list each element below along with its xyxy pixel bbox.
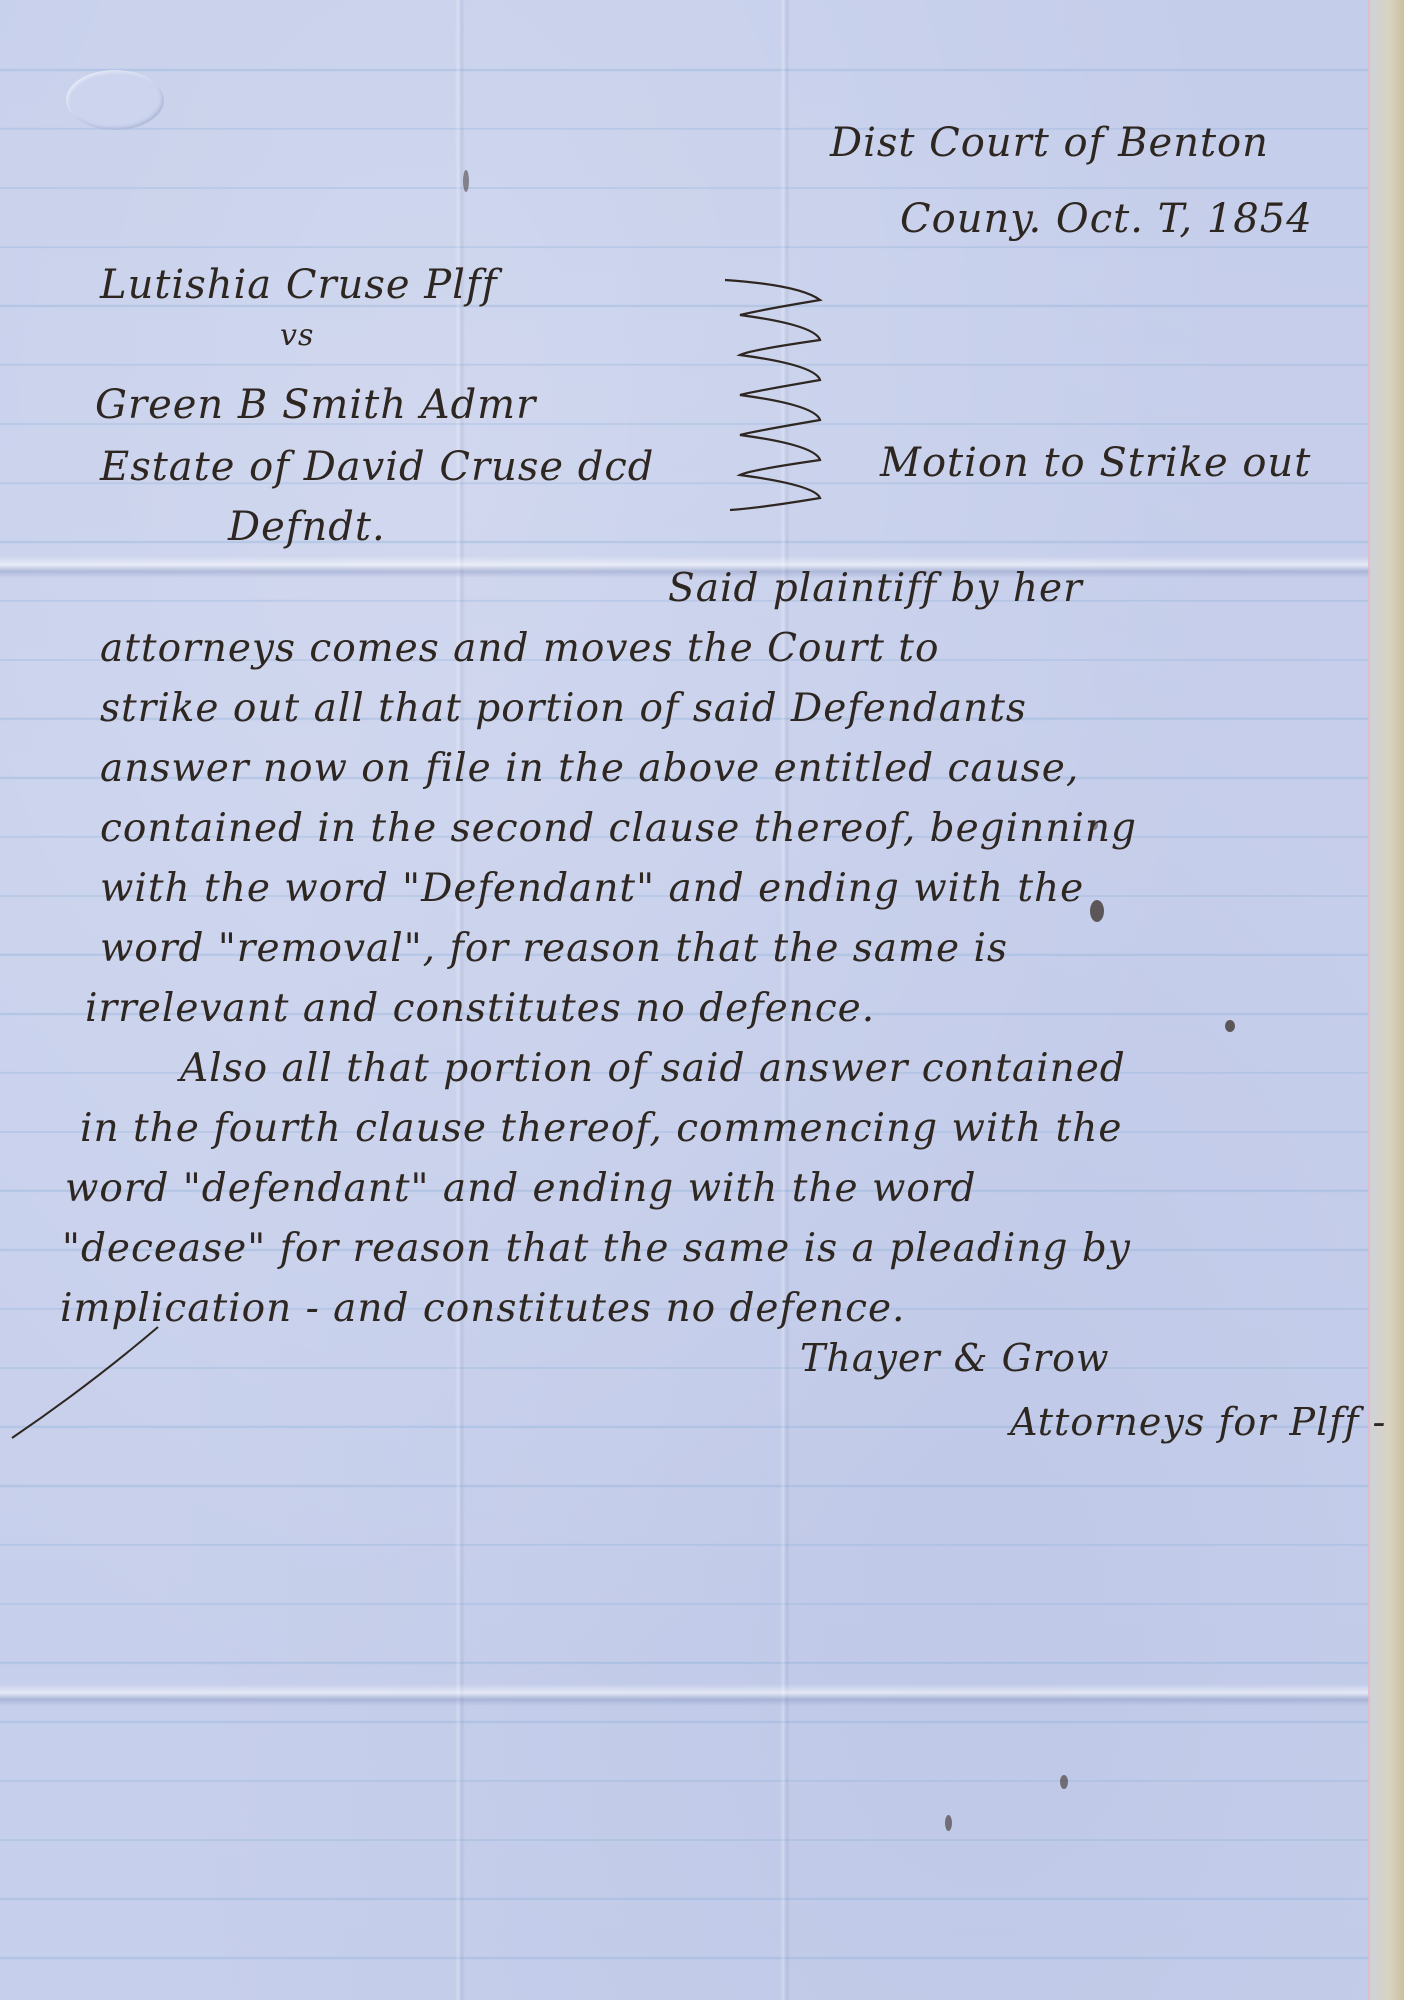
- body-line: answer now on file in the above entitled…: [100, 746, 1079, 791]
- defendant-role: Defndt.: [228, 504, 386, 550]
- body-line: strike out all that portion of said Defe…: [100, 686, 1027, 731]
- court-term-date: Couny. Oct. T, 1854: [900, 196, 1313, 242]
- body-line: word "defendant" and ending with the wor…: [65, 1166, 976, 1211]
- versus: vs: [280, 318, 314, 353]
- paper-emboss-stamp: [66, 70, 164, 130]
- document-page: Dist Court of Benton Couny. Oct. T, 1854…: [0, 0, 1404, 2000]
- ink-blot: [463, 170, 469, 192]
- caption-brace-flourish: [720, 270, 830, 515]
- body-line: in the fourth clause thereof, commencing…: [80, 1106, 1122, 1151]
- defendant-estate: Estate of David Cruse dcd: [100, 444, 654, 490]
- court-name: Dist Court of Benton: [830, 120, 1269, 166]
- ink-blot: [1060, 1775, 1068, 1789]
- body-line: Said plaintiff by her: [668, 566, 1083, 611]
- signature-firm: Thayer & Grow: [800, 1336, 1110, 1380]
- ink-blot: [945, 1815, 952, 1831]
- ink-blot: [1225, 1020, 1235, 1032]
- body-line: with the word "Defendant" and ending wit…: [100, 866, 1084, 911]
- aged-paper-edge: [1370, 0, 1404, 2000]
- body-line: word "removal", for reason that the same…: [100, 926, 1008, 971]
- motion-title: Motion to Strike out: [880, 440, 1311, 486]
- horizontal-fold-crease: [0, 1684, 1404, 1706]
- body-line: Also all that portion of said answer con…: [180, 1046, 1126, 1091]
- body-line: contained in the second clause thereof, …: [100, 806, 1137, 851]
- body-line: "decease" for reason that the same is a …: [62, 1226, 1131, 1271]
- body-line: irrelevant and constitutes no defence.: [85, 986, 875, 1031]
- ink-blot: [1090, 900, 1104, 922]
- defendant-name: Green B Smith Admr: [95, 382, 536, 428]
- ink-blot: [1090, 820, 1098, 830]
- body-line: attorneys comes and moves the Court to: [100, 626, 939, 671]
- signature-role: Attorneys for Plff -: [1010, 1400, 1386, 1444]
- pen-stroke-mark: [10, 1325, 160, 1440]
- plaintiff-name: Lutishia Cruse Plff: [100, 262, 498, 308]
- body-line: implication - and constitutes no defence…: [60, 1286, 905, 1331]
